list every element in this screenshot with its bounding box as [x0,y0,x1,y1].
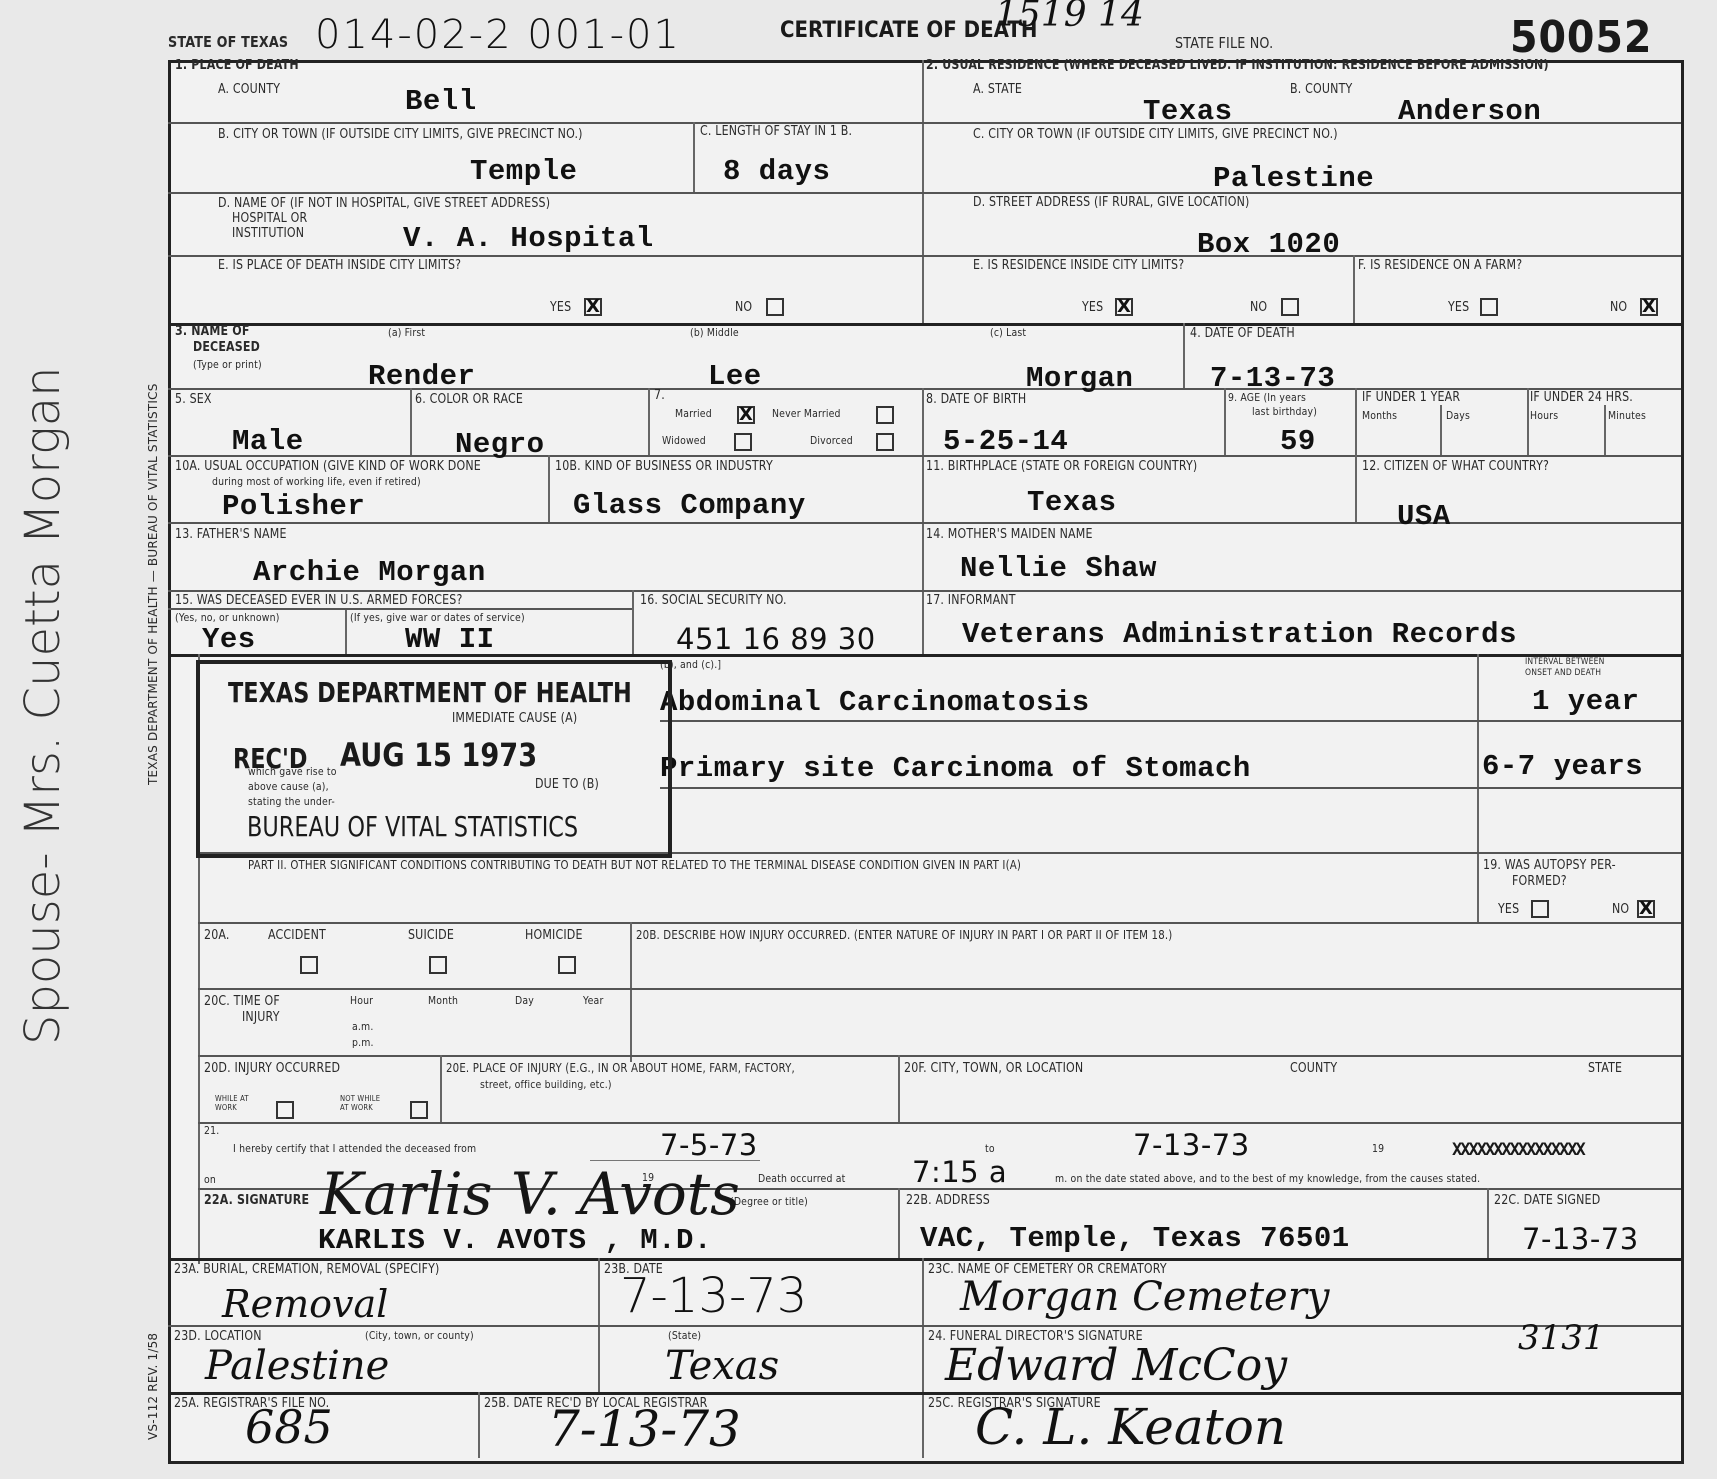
divider [1355,455,1357,522]
last-name-label: (c) Last [990,326,1026,339]
suicide-checkbox[interactable] [429,956,447,974]
place-of-death-label: 1. PLACE OF DEATH [175,58,299,73]
row-line [198,1055,1681,1057]
state-file-label: STATE FILE NO. [1175,34,1273,52]
divider [345,610,347,654]
divider [922,450,924,655]
divider [922,388,924,455]
informant: Veterans Administration Records [962,618,1517,651]
stamp-recd: REC'D [233,742,307,775]
date-signed-label: 22c. DATE SIGNED [1494,1193,1600,1208]
autopsy-yes-checkbox[interactable] [1531,900,1549,918]
burial-label: 23a. BURIAL, CREMATION, REMOVAL (Specify… [174,1262,440,1277]
place-of-injury-label: 20e. PLACE OF INJURY (e.g., in or about … [446,1061,795,1075]
stamp-line-1: TEXAS DEPARTMENT OF HEALTH [228,676,632,709]
injury-city-label: 20f. CITY, TOWN, OR LOCATION [904,1061,1083,1076]
divider [898,1188,900,1258]
nineteen-label: 19 [1372,1142,1384,1155]
no-label: NO [1612,902,1629,917]
to-label: to [985,1142,995,1155]
form-number: VS-112 REV. 1/58 [146,1333,160,1440]
father-name: Archie Morgan [253,556,486,589]
widowed-checkbox[interactable] [734,433,752,451]
part-2-label: PART II. OTHER SIGNIFICANT CONDITIONS CO… [248,858,1021,872]
inside-city-yes-checkbox[interactable]: X [584,298,602,316]
industry-label: 10b. KIND OF BUSINESS OR INDUSTRY [555,459,773,474]
row-line [168,522,1681,524]
month-label: Month [428,994,458,1007]
location-city: Palestine [205,1343,389,1389]
registrar-signature: C. L. Keaton [975,1398,1286,1456]
location-sub-label: (City, town, or county) [365,1329,474,1342]
not-while-at-work-checkbox[interactable] [410,1101,428,1119]
location-state-label: (State) [668,1329,701,1342]
never-married-label: Never Married [772,407,841,420]
days-label: Days [1446,409,1470,422]
row-line [168,608,632,610]
while-at-work-label: WHILE AT WORK [215,1094,249,1112]
name-label-3: (Type or print) [193,358,262,371]
interval-b: 6-7 years [1482,750,1643,783]
name-label: 3. NAME OF [175,324,250,339]
death-city: Temple [470,155,577,188]
res-state-label: a. STATE [973,82,1022,97]
row-line [168,192,1681,194]
certify-text: I hereby certify that I attended the dec… [233,1142,476,1155]
res-city-label: c. CITY OR TOWN (If outside city limits,… [973,127,1338,142]
months-label: Months [1362,409,1397,422]
autopsy-no-checkbox[interactable]: X [1637,900,1655,918]
time-of-injury-label-2: INJURY [242,1010,280,1025]
armed-forces-label: 15. WAS DECEASED EVER IN U.S. ARMED FORC… [175,593,462,608]
married-label: Married [675,407,712,420]
funeral-director-number: 3131 [1518,1318,1605,1358]
death-occurred-label: Death occurred at [758,1172,845,1185]
row-line [660,720,1681,722]
divider [1440,405,1442,455]
married-checkbox[interactable]: X [737,406,755,424]
time-of-injury-label: 20c. TIME OF [204,994,280,1009]
father-label: 13. FATHER'S NAME [175,527,287,542]
stamp-date: AUG 15 1973 [340,736,537,774]
name-label-2: DECEASED [193,340,260,355]
under-24-label: IF UNDER 24 HRS. [1530,390,1633,405]
divider [1604,405,1606,455]
row-line [168,455,1681,457]
res-street-label: d. STREET ADDRESS (If rural, give locati… [973,195,1250,210]
divider [648,388,650,455]
date-of-death-label: 4. DATE OF DEATH [1190,326,1295,341]
no-label: NO [735,300,752,315]
date-recd: 7-13-73 [548,1400,741,1458]
inside-city-no-checkbox[interactable] [766,298,784,316]
divider [922,1258,924,1458]
spouse-note: Spouse- Mrs. Cuetta Morgan [15,366,71,1045]
minutes-label: Minutes [1608,409,1646,422]
age-label-1: 9. AGE (In years [1228,391,1306,404]
no-label: NO [1610,300,1627,315]
date-signed: 7-13-73 [1522,1222,1639,1256]
while-at-work-checkbox[interactable] [276,1101,294,1119]
yes-label: YES [1082,300,1103,315]
age: 59 [1280,425,1316,458]
injury-type-label: 20a. [204,928,230,943]
city-label: b. CITY OR TOWN (If outside city limits,… [218,127,583,142]
row-line [198,922,1681,924]
divider [693,122,695,192]
row-line [168,1392,1681,1395]
homicide-label: HOMICIDE [525,928,583,943]
occupation: Polisher [222,490,365,523]
injury-state-label: STATE [1588,1061,1622,1076]
industry: Glass Company [573,489,806,522]
handwritten-file-code: 014-02-2 001-01 [315,12,681,58]
occupation-label-2: during most of working life, even if ret… [212,475,421,488]
registrar-file-number: 685 [245,1400,333,1454]
homicide-checkbox[interactable] [558,956,576,974]
usual-residence-label: 2. USUAL RESIDENCE (Where deceased lived… [926,58,1549,73]
injury-occurred-label: 20d. INJURY OCCURRED [204,1061,340,1076]
pm-label: p.m. [352,1036,374,1049]
divider [1183,323,1185,388]
am-label: a.m. [352,1020,373,1033]
death-time: 7:15 a [912,1155,1007,1189]
yes-label: YES [1448,300,1469,315]
row-line [198,1122,1681,1124]
struck-out-text: XXXXXXXXXXXXXXXX [1452,1140,1584,1160]
accident-checkbox[interactable] [300,956,318,974]
physician-name: KARLIS V. AVOTS , M.D. [318,1224,712,1257]
first-name-label: (a) First [388,326,425,339]
divorced-checkbox[interactable] [876,433,894,451]
injury-county-label: COUNTY [1290,1061,1337,1076]
hospital-label-1: d. NAME OF (If not in hospital, give str… [218,196,550,211]
armed-forces: Yes [202,623,256,656]
divider [1355,388,1357,455]
row-line [168,654,1681,657]
sex-label: 5. SEX [175,392,212,407]
first-name: Render [368,360,475,393]
res-county: Anderson [1398,95,1541,128]
immediate-cause: Abdominal Carcinomatosis [660,686,1090,719]
war-service: WW II [405,623,495,656]
row-line [168,590,1681,592]
res-street: Box 1020 [1197,228,1340,261]
year-label: Year [583,994,603,1007]
ssn-label: 16. SOCIAL SECURITY NO. [640,593,787,608]
middle-name: Lee [708,360,762,393]
hours-label: Hours [1530,409,1558,422]
state-label: STATE OF TEXAS [168,33,288,51]
yes-label: YES [550,300,571,315]
row-line [168,1258,1681,1261]
physician-signature: Karlis V. Avots [320,1160,740,1228]
informant-label: 17. INFORMANT [926,593,1016,608]
length-of-stay-label: c. LENGTH OF STAY in 1 b. [700,124,853,139]
divider [1527,388,1529,455]
autopsy-label-2: FORMED? [1512,874,1567,889]
hospital-label-3: INSTITUTION [232,226,304,241]
signature-label: 22a. SIGNATURE [204,1193,309,1208]
farm-label: f. IS RESIDENCE ON A FARM? [1358,258,1522,273]
state-file-number: 50052 [1510,12,1652,63]
county-label: a. COUNTY [218,82,280,97]
divider [1477,654,1479,924]
divider [410,388,412,455]
sex: Male [232,425,304,458]
stamp-line-3: BUREAU OF VITAL STATISTICS [247,810,578,843]
farm-yes-checkbox[interactable] [1480,298,1498,316]
divider [630,922,632,1062]
row-line [168,255,1681,257]
birthplace: Texas [1027,486,1117,519]
social-security-number: 451 16 89 30 [676,622,876,656]
middle-name-label: (b) Middle [690,326,739,339]
autopsy-label-1: 19. WAS AUTOPSY PER- [1483,858,1616,873]
physician-address: VAC, Temple, Texas 76501 [920,1222,1350,1255]
divider [1487,1188,1489,1258]
res-state: Texas [1143,95,1233,128]
day-label: Day [515,994,534,1007]
widowed-label: Widowed [662,434,706,447]
hospital-name: V. A. Hospital [403,222,654,255]
divider [478,1392,480,1458]
divider [632,590,634,654]
death-statement: m. on the date stated above, and to the … [1055,1172,1480,1185]
divider [1224,388,1226,455]
res-inside-yes-checkbox[interactable]: X [1115,298,1133,316]
row-line [660,787,1681,789]
res-inside-no-checkbox[interactable] [1281,298,1299,316]
race-label: 6. COLOR OR RACE [415,392,523,407]
interval-label-2: ONSET AND DEATH [1525,668,1601,678]
citizen-label: 12. CITIZEN OF WHAT COUNTRY? [1362,459,1549,474]
divider [898,1055,900,1123]
row-line [630,988,1681,990]
divider [548,455,550,522]
place-of-injury-label-2: street, office building, etc.) [480,1078,612,1091]
attended-to-date: 7-13-73 [1133,1128,1250,1162]
cemetery-name: Morgan Cemetery [960,1274,1329,1320]
inside-city-label: e. IS PLACE OF DEATH INSIDE CITY LIMITS? [218,258,461,273]
dob-label: 8. DATE OF BIRTH [926,392,1026,407]
divider [440,1055,442,1123]
item-21-label: 21. [204,1124,219,1137]
length-of-stay: 8 days [723,155,830,188]
attended-from-date: 7-5-73 [660,1128,758,1162]
marital-label: 7. [654,388,665,403]
no-label: NO [1250,300,1267,315]
address-label: 22b. ADDRESS [906,1193,990,1208]
mother-label: 14. MOTHER'S MAIDEN NAME [926,527,1093,542]
res-county-label: b. COUNTY [1290,82,1352,97]
suicide-label: SUICIDE [408,928,454,943]
hospital-label-2: HOSPITAL OR [232,211,307,226]
handwritten-overwrite: 1519 14 [995,0,1144,35]
location-label: 23d. LOCATION [174,1329,262,1344]
occupation-label: 10a. USUAL OCCUPATION (Give kind of work… [175,459,481,474]
location-state: Texas [665,1343,779,1389]
interval-a: 1 year [1532,685,1639,718]
row-line [168,1325,1681,1327]
accident-label: ACCIDENT [268,928,326,943]
divorced-label: Divorced [810,434,853,447]
agency-vertical-text: TEXAS DEPARTMENT OF HEALTH — BUREAU OF V… [146,383,160,785]
degree-label: (Degree or title) [730,1195,808,1208]
age-label-2: last birthday) [1252,405,1317,418]
not-while-at-work-label: NOT WHILE AT WORK [340,1094,384,1112]
last-name: Morgan [1026,362,1133,395]
burial-date: 7-13-73 [620,1268,807,1324]
mother-name: Nellie Shaw [960,552,1157,585]
burial-disposition: Removal [222,1282,388,1326]
res-city: Palestine [1213,162,1374,195]
yes-label: YES [1498,902,1519,917]
describe-injury-label: 20b. DESCRIBE HOW INJURY OCCURRED. (Ente… [636,928,1172,942]
death-county: Bell [405,85,477,118]
row-line [198,988,630,990]
on-label: on [204,1173,216,1186]
funeral-director-signature: Edward McCoy [945,1340,1287,1391]
under-year-label: IF UNDER 1 YEAR [1362,390,1460,405]
birthplace-label: 11. BIRTHPLACE (State or foreign country… [926,459,1197,474]
date-of-birth: 5-25-14 [943,425,1068,458]
citizenship: USA [1397,500,1451,533]
race: Negro [455,428,545,461]
divider [1353,255,1355,323]
res-inside-city-label: e. IS RESIDENCE INSIDE CITY LIMITS? [973,258,1184,273]
due-to-b: Primary site Carcinoma of Stomach [660,752,1251,785]
interval-label-1: INTERVAL BETWEEN [1525,657,1604,667]
hour-label: Hour [350,994,373,1007]
farm-no-checkbox[interactable]: X [1640,298,1658,316]
never-married-checkbox[interactable] [876,406,894,424]
